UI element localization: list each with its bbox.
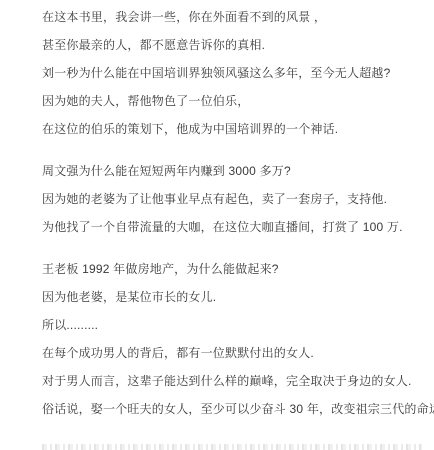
text-line: 刘一秒为什么能在中国培训界独领风骚这么多年，至今无人超越? — [42, 65, 426, 82]
text-line: 因为他老婆，是某位市长的女儿. — [42, 289, 426, 306]
text-line: 甚至你最亲的人，都不愿意告诉你的真相. — [42, 37, 426, 54]
text-line: 俗话说，娶一个旺夫的女人，至少可以少奋斗 30 年，改变祖宗三代的命运. — [42, 401, 426, 418]
text-line: 在这本书里，我会讲一些，你在外面看不到的风景 ， — [42, 9, 426, 26]
text-line: 在每个成功男人的背后，都有一位默默付出的女人. — [42, 345, 426, 362]
text-line: 因为她的夫人，帮他物色了一位伯乐， — [42, 93, 426, 110]
paragraph-zhou-wenqiang: 周文强为什么能在短短两年内赚到 3000 多万? 因为她的老婆为了让他事业早点有… — [42, 163, 426, 236]
text-line: 在这位的伯乐的策划下，他成为中国培训界的一个神话. — [42, 121, 426, 138]
document-page: 在这本书里，我会讲一些，你在外面看不到的风景 ， 甚至你最亲的人，都不愿意告诉你… — [0, 0, 434, 450]
text-line: 周文强为什么能在短短两年内赚到 3000 多万? — [42, 163, 426, 180]
text-line: 所以......... — [42, 317, 426, 334]
cutoff-text-line — [42, 444, 422, 450]
text-line: 对于男人而言，这辈子能达到什么样的巅峰，完全取决于身边的女人. — [42, 373, 426, 390]
text-line: 为他找了一个自带流量的大咖，在这位大咖直播间，打赏了 100 万. — [42, 219, 426, 236]
paragraph-boss-wang: 王老板 1992 年做房地产，为什么能做起来? 因为他老婆，是某位市长的女儿. … — [42, 261, 426, 418]
paragraph-book-intro: 在这本书里，我会讲一些，你在外面看不到的风景 ， 甚至你最亲的人，都不愿意告诉你… — [42, 9, 426, 138]
text-line: 因为她的老婆为了让他事业早点有起色，卖了一套房子，支持他. — [42, 191, 426, 208]
text-line: 王老板 1992 年做房地产，为什么能做起来? — [42, 261, 426, 278]
